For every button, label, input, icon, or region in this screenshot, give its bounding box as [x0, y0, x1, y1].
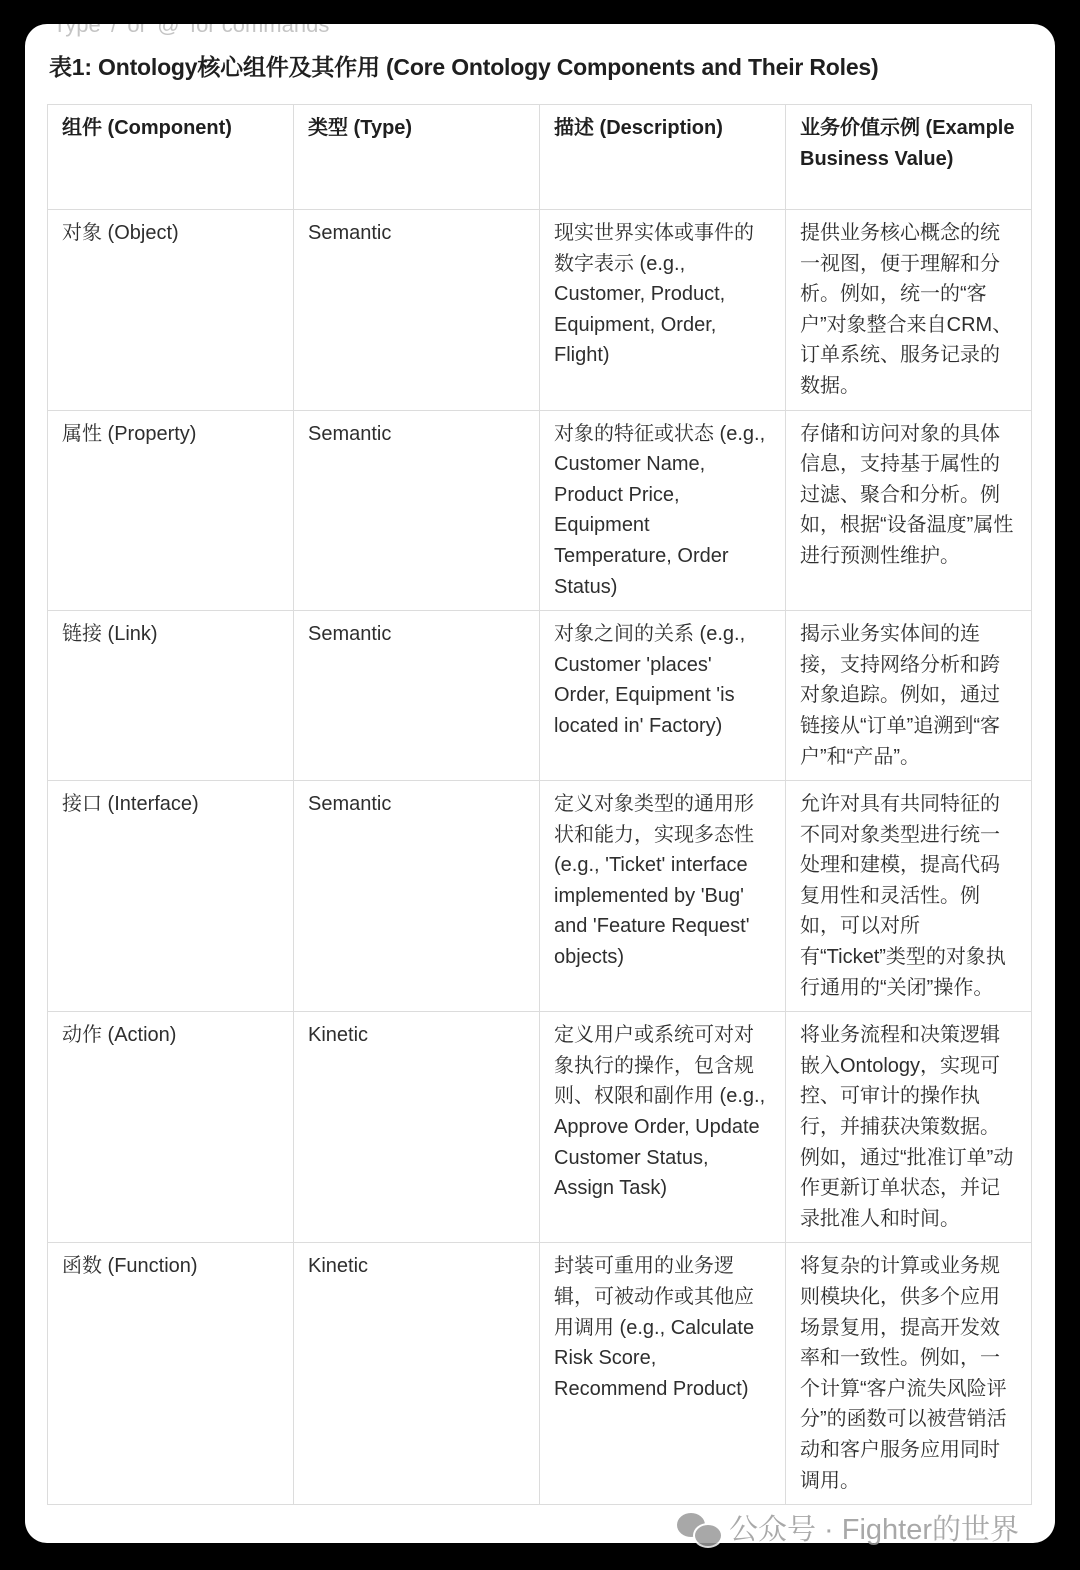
cell-type: Semantic — [294, 410, 540, 611]
cell-business-value: 存储和访问对象的具体信息，支持基于属性的过滤、聚合和分析。例如，根据“设备温度”… — [786, 410, 1032, 611]
table-header-row: 组件 (Component) 类型 (Type) 描述 (Description… — [48, 105, 1032, 210]
cell-component: 接口 (Interface) — [48, 781, 294, 1012]
cell-type: Kinetic — [294, 1012, 540, 1243]
column-header-description: 描述 (Description) — [540, 105, 786, 210]
column-header-component: 组件 (Component) — [48, 105, 294, 210]
table-row: 属性 (Property) Semantic 对象的特征或状态 (e.g., C… — [48, 410, 1032, 611]
cell-component: 属性 (Property) — [48, 410, 294, 611]
ontology-components-table: 组件 (Component) 类型 (Type) 描述 (Description… — [47, 104, 1032, 1505]
editor-placeholder[interactable]: Type '/' or '@' for commands — [53, 24, 329, 38]
cell-component: 动作 (Action) — [48, 1012, 294, 1243]
cell-business-value: 将业务流程和决策逻辑嵌入Ontology，实现可控、可审计的操作执行，并捕获决策… — [786, 1012, 1032, 1243]
cell-component: 对象 (Object) — [48, 210, 294, 411]
table-row: 接口 (Interface) Semantic 定义对象类型的通用形状和能力，实… — [48, 781, 1032, 1012]
table-row: 动作 (Action) Kinetic 定义用户或系统可对对象执行的操作，包含规… — [48, 1012, 1032, 1243]
cell-business-value: 允许对具有共同特征的不同对象类型进行统一处理和建模，提高代码复用性和灵活性。例如… — [786, 781, 1032, 1012]
cell-business-value: 提供业务核心概念的统一视图，便于理解和分析。例如，统一的“客户”对象整合来自CR… — [786, 210, 1032, 411]
table-row: 链接 (Link) Semantic 对象之间的关系 (e.g., Custom… — [48, 611, 1032, 781]
watermark-text: 公众号 · Fighter的世界 — [729, 1507, 1019, 1548]
cell-description: 定义用户或系统可对对象执行的操作，包含规则、权限和副作用 (e.g., Appr… — [540, 1012, 786, 1243]
cell-description: 封装可重用的业务逻辑，可被动作或其他应用调用 (e.g., Calculate … — [540, 1243, 786, 1505]
cell-component: 链接 (Link) — [48, 611, 294, 781]
cell-description: 对象的特征或状态 (e.g., Customer Name, Product P… — [540, 410, 786, 611]
table-row: 函数 (Function) Kinetic 封装可重用的业务逻辑，可被动作或其他… — [48, 1243, 1032, 1505]
cell-business-value: 将复杂的计算或业务规则模块化，供多个应用场景复用，提高开发效率和一致性。例如，一… — [786, 1243, 1032, 1505]
cell-type: Kinetic — [294, 1243, 540, 1505]
cell-type: Semantic — [294, 781, 540, 1012]
cell-description: 定义对象类型的通用形状和能力，实现多态性 (e.g., 'Ticket' int… — [540, 781, 786, 1012]
cell-description: 现实世界实体或事件的数字表示 (e.g., Customer, Product,… — [540, 210, 786, 411]
cell-business-value: 揭示业务实体间的连接，支持网络分析和跨对象追踪。例如，通过链接从“订单”追溯到“… — [786, 611, 1032, 781]
cell-component: 函数 (Function) — [48, 1243, 294, 1505]
cell-type: Semantic — [294, 210, 540, 411]
table-row: 对象 (Object) Semantic 现实世界实体或事件的数字表示 (e.g… — [48, 210, 1032, 411]
table-title: 表1: Ontology核心组件及其作用 (Core Ontology Comp… — [49, 49, 878, 82]
cell-type: Semantic — [294, 611, 540, 781]
wechat-icon — [677, 1511, 721, 1545]
watermark: 公众号 · Fighter的世界 — [677, 1507, 1019, 1548]
column-header-type: 类型 (Type) — [294, 105, 540, 210]
column-header-business-value: 业务价值示例 (Example Business Value) — [786, 105, 1032, 210]
cell-description: 对象之间的关系 (e.g., Customer 'places' Order, … — [540, 611, 786, 781]
document-card: Type '/' or '@' for commands 表1: Ontolog… — [25, 24, 1055, 1543]
